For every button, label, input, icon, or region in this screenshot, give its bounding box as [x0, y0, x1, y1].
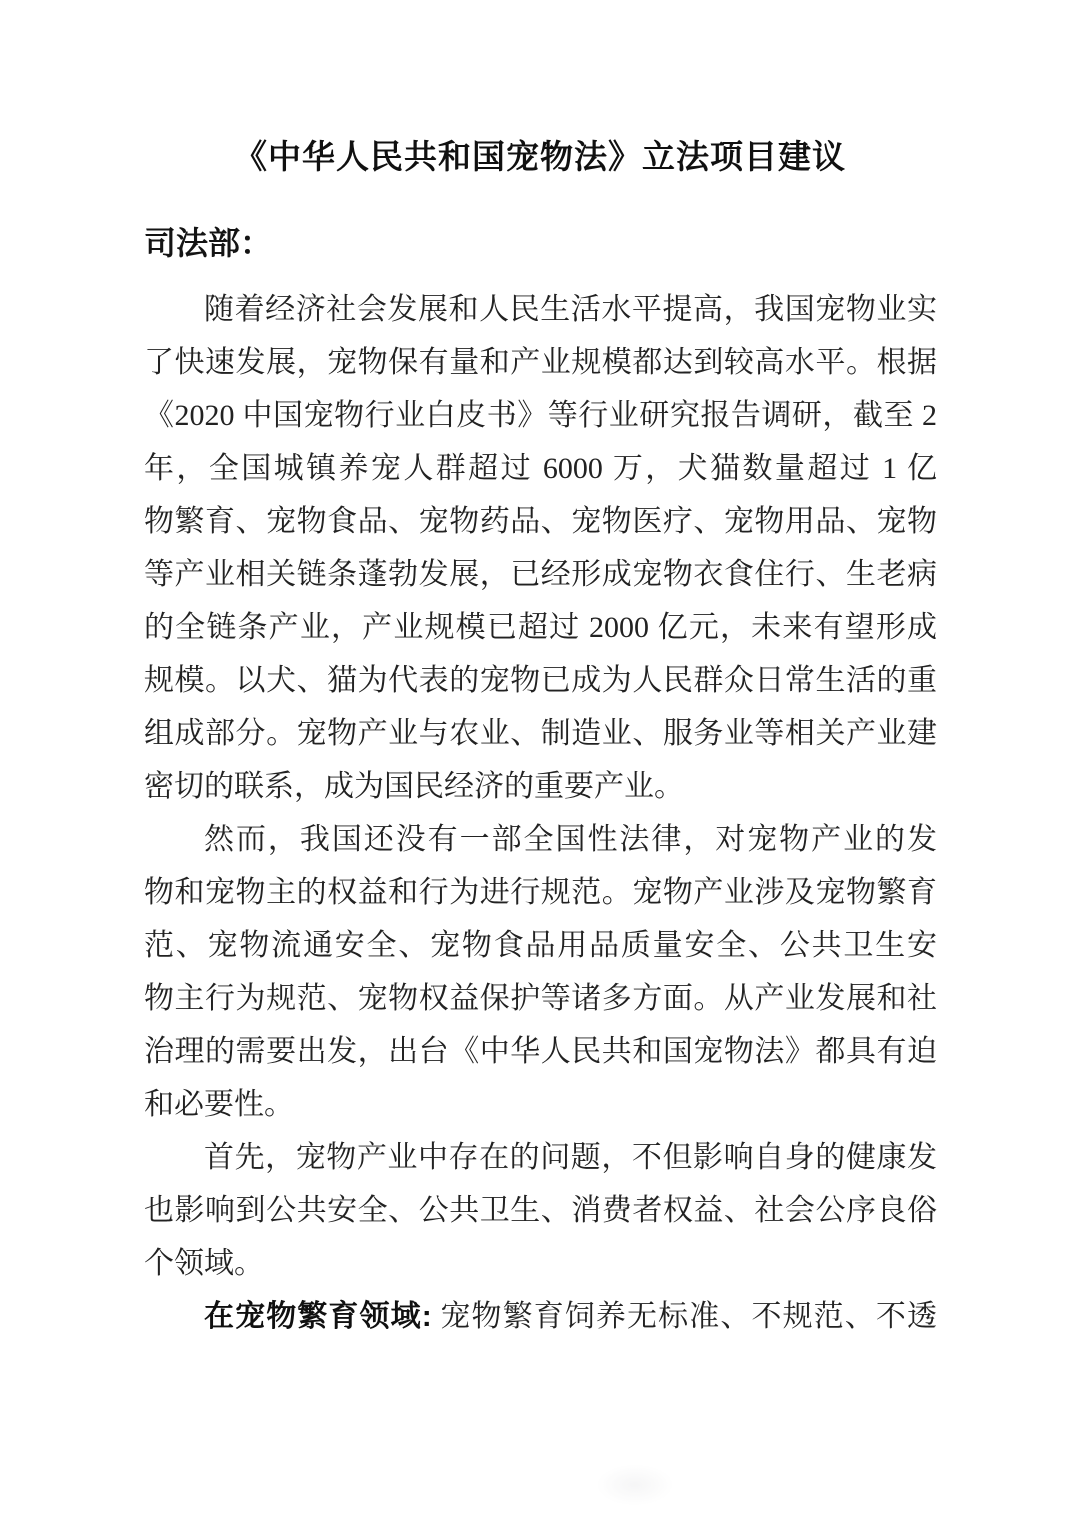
document-title: 《中华人民共和国宠物法》立法项目建议 [0, 134, 1080, 182]
body-line: 规模。以犬、猫为代表的宠物已成为人民群众日常生活的重要 [144, 654, 937, 707]
body-line: 随着经济社会发展和人民生活水平提高，我国宠物业实现 [144, 283, 937, 336]
body-line: 物和宠物主的权益和行为进行规范。宠物产业涉及宠物繁育规 [144, 866, 937, 919]
body-line: 然而，我国还没有一部全国性法律，对宠物产业的发展、宠 [144, 813, 937, 866]
body-line: 了快速发展，宠物保有量和产业规模都达到较高水平。根据 [144, 336, 937, 389]
scan-smudge-artifact [596, 1464, 674, 1506]
body-line: 等产业相关链条蓬勃发展，已经形成宠物衣食住行、生老病死 [144, 548, 937, 601]
body-line: 也影响到公共安全、公共卫生、消费者权益、社会公序良俗等各 [144, 1184, 937, 1237]
body-line: 在宠物繁育领域: 宠物繁育饲养无标准、不规范、不透明、 [144, 1290, 937, 1343]
body-line: 和必要性。 [144, 1078, 937, 1131]
document-body: 随着经济社会发展和人民生活水平提高，我国宠物业实现 了快速发展，宠物保有量和产业… [144, 283, 937, 1343]
body-line: 个领域。 [144, 1237, 937, 1290]
body-line: 首先，宠物产业中存在的问题，不但影响自身的健康发展， [144, 1131, 937, 1184]
body-line: 物繁育、宠物食品、宠物药品、宠物医疗、宠物用品、宠物服务 [144, 495, 937, 548]
body-line: 治理的需要出发，出台《中华人民共和国宠物法》都具有迫切性 [144, 1025, 937, 1078]
salutation: 司法部： [144, 220, 272, 266]
body-line: 组成部分。宠物产业与农业、制造业、服务业等相关产业建立了 [144, 707, 937, 760]
body-line: 范、宠物流通安全、宠物食品用品质量安全、公共卫生安全、宠 [144, 919, 937, 972]
scanned-document-page: 《中华人民共和国宠物法》立法项目建议 司法部： 随着经济社会发展和人民生活水平提… [0, 0, 1080, 1527]
body-line: 的全链条产业，产业规模已超过 2000 亿元，未来有望形成万亿 [144, 601, 937, 654]
body-line: 年，全国城镇养宠人群超过 6000 万，犬猫数量超过 1 亿只。宠 [144, 442, 937, 495]
section-lead-bold: 在宠物繁育领域: [204, 1300, 432, 1333]
body-line: 《2020 中国宠物行业白皮书》等行业研究报告调研，截至 2020 [144, 389, 937, 442]
body-line: 密切的联系，成为国民经济的重要产业。 [144, 760, 937, 813]
body-line: 物主行为规范、宠物权益保护等诸多方面。从产业发展和社会 [144, 972, 937, 1025]
